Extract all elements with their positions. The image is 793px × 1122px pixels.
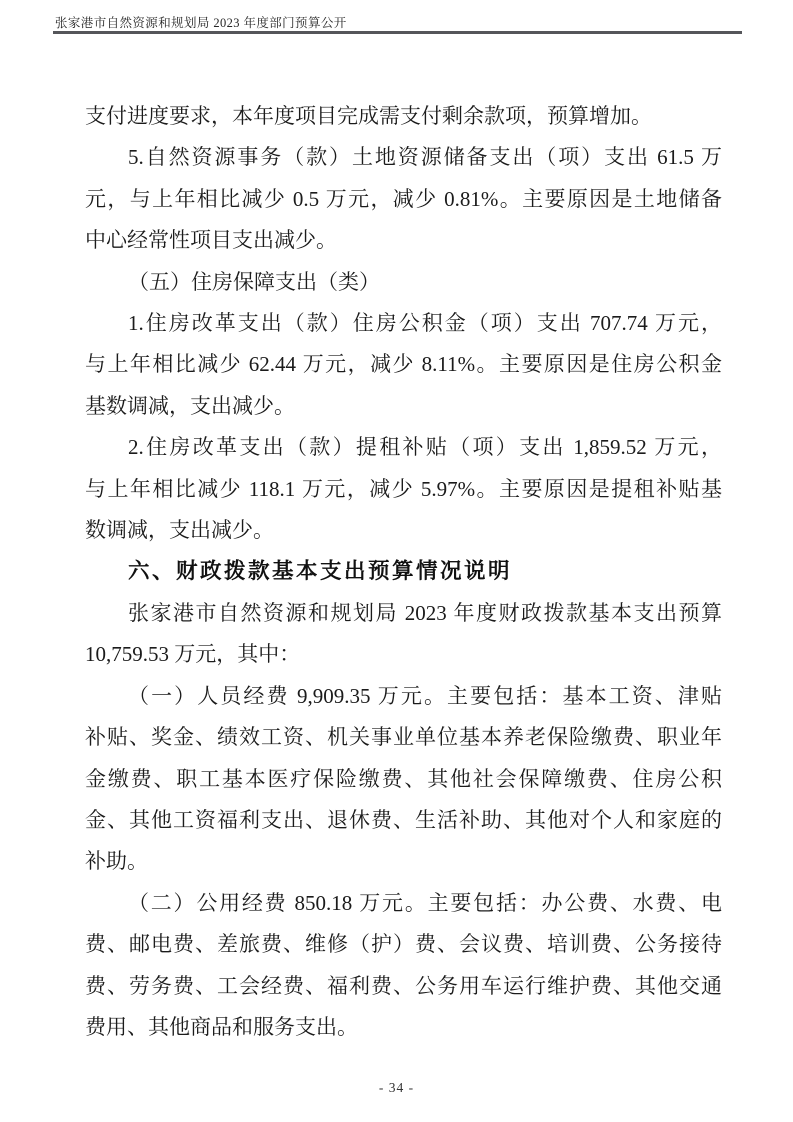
- body-text-line: 1.住房改革支出（款）住房公积金（项）支出 707.74 万元，: [85, 303, 722, 344]
- section-heading-6: 六、财政拨款基本支出预算情况说明: [85, 551, 722, 592]
- body-text-line: 补贴、奖金、绩效工资、机关事业单位基本养老保险缴费、职业年: [85, 717, 722, 758]
- page-number: - 34 -: [0, 1080, 793, 1096]
- body-text-line: 元，与上年相比减少 0.5 万元，减少 0.81%。主要原因是土地储备: [85, 179, 722, 220]
- body-text-line: 金、其他工资福利支出、退休费、生活补助、其他对个人和家庭的: [85, 800, 722, 841]
- body-text-line: 补助。: [85, 841, 722, 882]
- document-body: 支付进度要求，本年度项目完成需支付剩余款项，预算增加。 5.自然资源事务（款）土…: [85, 96, 722, 1048]
- body-text-line: 5.自然资源事务（款）土地资源储备支出（项）支出 61.5 万: [85, 137, 722, 178]
- document-header-title: 张家港市自然资源和规划局 2023 年度部门预算公开: [55, 13, 347, 31]
- body-text-line: （二）公用经费 850.18 万元。主要包括：办公费、水费、电: [85, 883, 722, 924]
- body-text-line: 中心经常性项目支出减少。: [85, 220, 722, 261]
- document-page: 张家港市自然资源和规划局 2023 年度部门预算公开 支付进度要求，本年度项目完…: [0, 0, 793, 1122]
- body-text-line: 与上年相比减少 62.44 万元，减少 8.11%。主要原因是住房公积金: [85, 344, 722, 385]
- body-text-line: 费、邮电费、差旅费、维修（护）费、会议费、培训费、公务接待: [85, 924, 722, 965]
- body-text-line: 基数调减，支出减少。: [85, 386, 722, 427]
- body-text-line: 2.住房改革支出（款）提租补贴（项）支出 1,859.52 万元，: [85, 427, 722, 468]
- subsection-heading-5: （五）住房保障支出（类）: [85, 262, 722, 303]
- header-rule: [53, 31, 742, 34]
- body-text-line: 费用、其他商品和服务支出。: [85, 1007, 722, 1048]
- body-text-line: 张家港市自然资源和规划局 2023 年度财政拨款基本支出预算: [85, 593, 722, 634]
- body-text-line: 金缴费、职工基本医疗保险缴费、其他社会保障缴费、住房公积: [85, 759, 722, 800]
- body-text-line: 费、劳务费、工会经费、福利费、公务用车运行维护费、其他交通: [85, 966, 722, 1007]
- body-text-line: 10,759.53 万元，其中：: [85, 634, 722, 675]
- body-text-line: （一）人员经费 9,909.35 万元。主要包括：基本工资、津贴: [85, 676, 722, 717]
- body-text-line: 支付进度要求，本年度项目完成需支付剩余款项，预算增加。: [85, 96, 722, 137]
- body-text-line: 与上年相比减少 118.1 万元，减少 5.97%。主要原因是提租补贴基: [85, 469, 722, 510]
- body-text-line: 数调减，支出减少。: [85, 510, 722, 551]
